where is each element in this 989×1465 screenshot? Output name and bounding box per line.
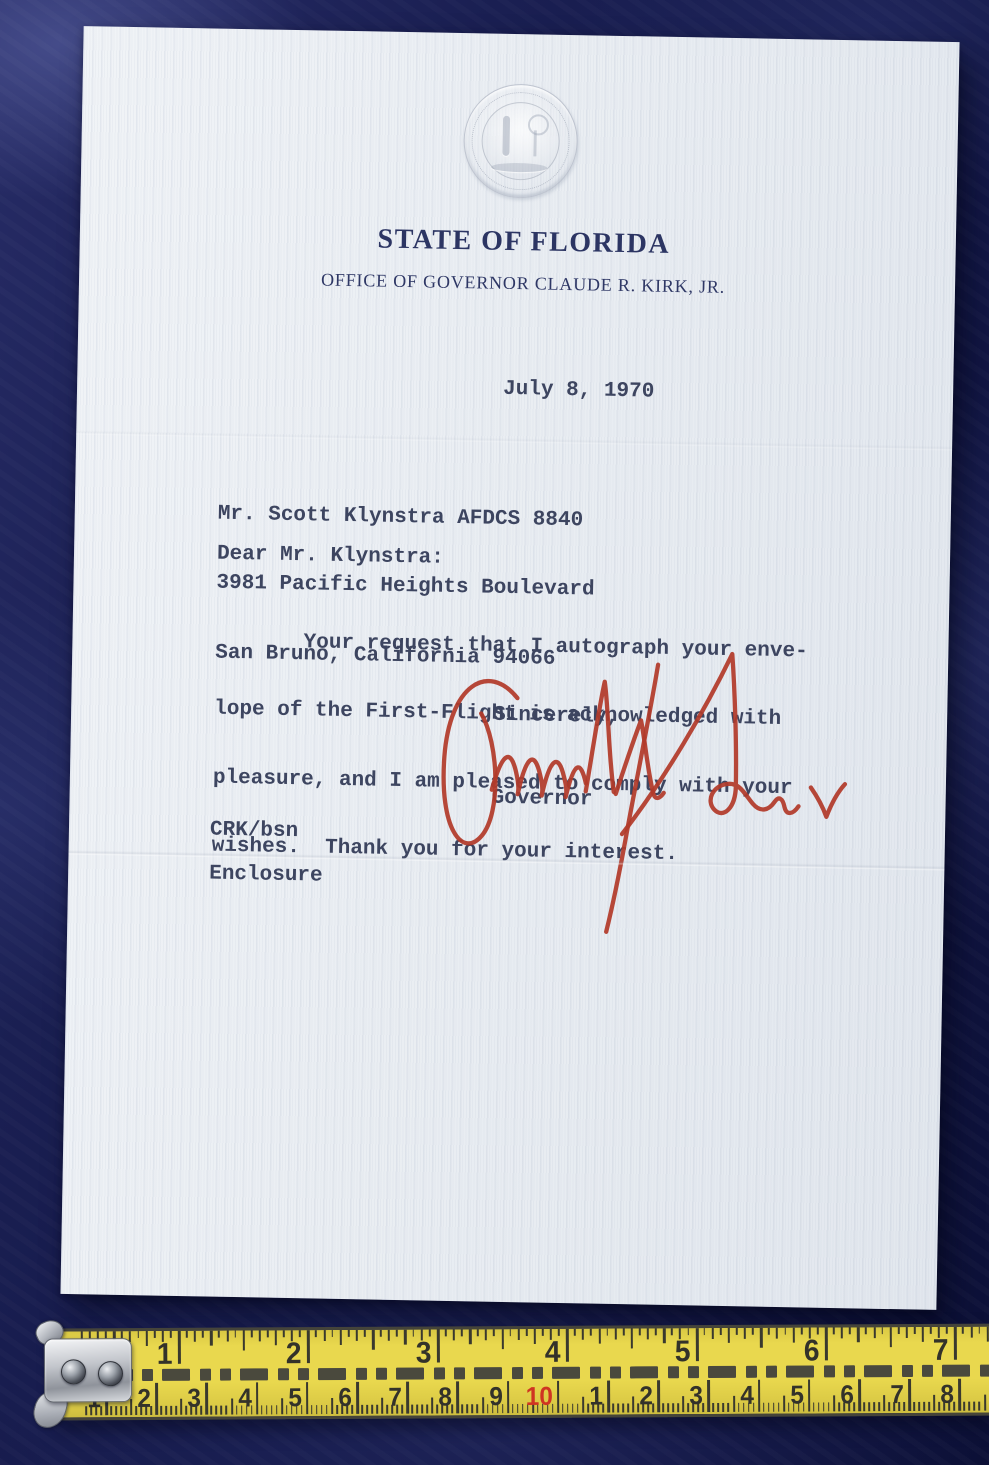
separator-dash (474, 1367, 502, 1379)
inch-tick (695, 1328, 698, 1361)
inch-tick (946, 1327, 948, 1334)
letterhead-title: STATE OF FLORIDA (80, 218, 956, 266)
inch-label: 6 (776, 1334, 819, 1368)
inch-tick (437, 1329, 440, 1362)
separator-dash (552, 1367, 580, 1379)
letterhead-subtitle: OFFICE OF GOVERNOR CLAUDE R. KIRK, JR. (79, 265, 955, 302)
inch-tick (752, 1328, 754, 1335)
recipient-line: Mr. Scott Klynstra AFDCS 8840 (218, 503, 596, 533)
cm-label: 2 (615, 1380, 653, 1411)
cm-label: 3 (666, 1380, 704, 1411)
cm-tick (562, 1404, 564, 1413)
cm-tick (969, 1402, 971, 1411)
separator-dash (844, 1365, 855, 1377)
cm-label: 3 (164, 1383, 202, 1414)
separator-dash (376, 1368, 387, 1380)
inch-tick (736, 1328, 738, 1335)
separator-dash (454, 1367, 465, 1379)
separator-dash (278, 1368, 289, 1380)
inch-tick (396, 1330, 398, 1337)
inch-tick (445, 1329, 447, 1336)
inch-tick (817, 1327, 819, 1334)
inch-tick (340, 1330, 342, 1345)
inch-tick (170, 1331, 172, 1338)
inch-tick (930, 1327, 932, 1334)
photo-scene: STATE OF FLORIDA OFFICE OF GOVERNOR CLAU… (0, 0, 989, 1465)
inch-tick (461, 1329, 463, 1336)
inch-tick (364, 1330, 366, 1337)
inch-label: 4 (517, 1336, 560, 1370)
separator-dash (786, 1365, 814, 1377)
cm-tick (456, 1381, 459, 1413)
inch-tick (234, 1331, 236, 1338)
cm-label: 10 (515, 1381, 553, 1412)
cm-label: 5 (264, 1382, 302, 1413)
separator-dash (200, 1369, 211, 1381)
cm-tick (261, 1405, 263, 1414)
separator-dash (220, 1369, 231, 1381)
inch-tick (598, 1329, 600, 1344)
embossed-state-seal-icon (463, 83, 579, 199)
cm-tick (662, 1403, 664, 1412)
inch-tick (768, 1328, 770, 1335)
inch-tick (606, 1329, 608, 1336)
inch-tick (267, 1330, 269, 1337)
cm-label: 6 (314, 1382, 352, 1413)
inch-tick (186, 1331, 188, 1338)
inch-tick (469, 1329, 471, 1344)
cm-tick (974, 1402, 976, 1411)
cm-tick (356, 1382, 359, 1414)
inch-label: 3 (388, 1336, 431, 1370)
inch-tick (833, 1327, 835, 1334)
cm-label: 8 (415, 1381, 453, 1412)
inch-tick (477, 1329, 479, 1336)
separator-dash (902, 1365, 913, 1377)
separator-dash (610, 1366, 621, 1378)
inch-tick (526, 1329, 528, 1336)
inch-tick (898, 1327, 900, 1334)
cm-tick (813, 1402, 815, 1411)
cm-tick (863, 1402, 865, 1411)
inch-tick (348, 1330, 350, 1337)
inch-tick (784, 1328, 786, 1335)
inch-tick (728, 1328, 730, 1343)
hook-rivet (61, 1359, 86, 1384)
inch-tick (841, 1327, 843, 1338)
tape-measure: 12345671234567891012345678 (58, 1324, 989, 1421)
inch-tick (849, 1327, 851, 1334)
inch-tick (566, 1329, 569, 1362)
cm-tick (908, 1379, 911, 1411)
separator-dash (668, 1366, 679, 1378)
signature-stroke (586, 681, 616, 791)
separator-dash (434, 1367, 445, 1379)
inch-tick (703, 1328, 705, 1335)
cm-tick (958, 1379, 961, 1411)
inch-tick (210, 1331, 212, 1346)
inch-tick (962, 1327, 964, 1334)
cm-tick (256, 1382, 259, 1414)
cm-label: 9 (465, 1381, 503, 1412)
date-line: July 8, 1970 (503, 378, 655, 404)
inch-tick (283, 1330, 285, 1337)
cm-tick (657, 1380, 660, 1412)
cm-tick (211, 1406, 213, 1415)
inch-tick (623, 1328, 625, 1335)
inch-tick (315, 1330, 317, 1337)
inch-tick (485, 1329, 487, 1340)
cm-label: 7 (364, 1382, 402, 1413)
inch-tick (590, 1329, 592, 1336)
inch-tick (251, 1330, 253, 1337)
inch-tick (873, 1327, 875, 1338)
inch-tick (323, 1330, 325, 1341)
cm-label: 7 (866, 1379, 904, 1410)
cm-tick (361, 1405, 363, 1414)
inch-tick (631, 1328, 634, 1348)
tape-hook (38, 1328, 159, 1429)
inch-label: 7 (906, 1334, 949, 1368)
cm-label: 8 (917, 1379, 955, 1410)
hook-rivet (98, 1361, 123, 1386)
cm-tick (306, 1382, 309, 1414)
cm-tick (707, 1380, 710, 1412)
cm-tick (713, 1403, 715, 1412)
inch-tick (178, 1331, 181, 1364)
inch-tick (542, 1329, 544, 1336)
separator-dash (630, 1366, 658, 1378)
cm-tick (507, 1381, 510, 1413)
cm-tick (411, 1405, 413, 1414)
cm-tick (858, 1379, 861, 1411)
inch-label: 2 (259, 1337, 302, 1371)
inch-tick (744, 1328, 746, 1339)
inch-label: 5 (647, 1335, 690, 1369)
separator-dash (942, 1365, 970, 1377)
cm-label: 4 (716, 1380, 754, 1411)
cm-tick (462, 1404, 464, 1413)
fold-crease (76, 430, 952, 451)
cm-tick (607, 1381, 610, 1413)
inch-tick (372, 1330, 375, 1350)
inch-tick (914, 1327, 916, 1334)
salutation: Dear Mr. Klynstra: (217, 543, 444, 570)
inch-tick (509, 1329, 511, 1336)
separator-dash (590, 1367, 601, 1379)
inch-tick (614, 1329, 616, 1340)
cm-tick (808, 1380, 811, 1412)
cm-label: 4 (214, 1382, 252, 1413)
cm-tick (758, 1380, 761, 1412)
separator-dash (688, 1366, 699, 1378)
inch-tick (865, 1327, 867, 1334)
separator-dash (980, 1365, 989, 1377)
inch-tick (978, 1327, 980, 1334)
separator-dash (356, 1368, 367, 1380)
seal-sun-shape (527, 114, 548, 135)
cm-tick (311, 1405, 313, 1414)
inch-tick (202, 1331, 204, 1338)
inch-tick (712, 1328, 714, 1339)
inch-tick (380, 1330, 382, 1337)
cm-tick (612, 1404, 614, 1413)
cm-label: 6 (816, 1379, 854, 1410)
reference-initials: CRK/bsn (210, 819, 299, 844)
inch-tick (801, 1328, 803, 1335)
cm-tick (406, 1382, 409, 1414)
inch-tick (881, 1327, 883, 1334)
separator-dash (162, 1369, 190, 1381)
separator-dash (396, 1368, 424, 1380)
inch-tick (299, 1330, 301, 1337)
inch-tick (954, 1327, 957, 1360)
inch-tick (307, 1330, 310, 1363)
inch-tick (760, 1328, 763, 1348)
inch-tick (720, 1328, 722, 1335)
separator-dash (240, 1368, 268, 1380)
inch-tick (970, 1327, 972, 1338)
seal-figure-shape (502, 116, 510, 156)
signature-red-ink (425, 619, 851, 967)
separator-dash (318, 1368, 346, 1380)
enclosure-note: Enclosure (209, 863, 323, 888)
separator-dash (922, 1365, 933, 1377)
inch-tick (687, 1328, 689, 1335)
inch-tick (558, 1329, 560, 1336)
cm-tick (964, 1402, 966, 1411)
inch-tick (825, 1327, 828, 1360)
tape-face: 12345671234567891012345678 (58, 1324, 989, 1421)
inch-tick (889, 1327, 892, 1347)
separator-dash (708, 1366, 736, 1378)
inch-tick (412, 1330, 414, 1337)
separator-dash (824, 1365, 835, 1377)
inch-tick (857, 1327, 859, 1342)
cm-tick (979, 1402, 981, 1411)
seal-mast-shape (534, 130, 537, 156)
signature-stroke (442, 680, 517, 844)
separator-dash (746, 1366, 757, 1378)
cm-tick (205, 1383, 208, 1415)
separator-dash (298, 1368, 309, 1380)
inch-tick (194, 1331, 196, 1342)
inch-tick (331, 1330, 333, 1337)
separator-dash (532, 1367, 543, 1379)
signature-stroke (622, 652, 801, 837)
signature-stroke (492, 757, 587, 798)
cm-tick (763, 1403, 765, 1412)
inch-tick (218, 1331, 220, 1338)
cm-label: 5 (766, 1380, 804, 1411)
separator-dash (864, 1365, 892, 1377)
inch-tick (655, 1328, 657, 1335)
letter-paper: STATE OF FLORIDA OFFICE OF GOVERNOR CLAU… (60, 26, 959, 1310)
inch-tick (453, 1329, 455, 1340)
inch-tick (671, 1328, 673, 1335)
inch-tick (242, 1330, 245, 1350)
inch-tick (501, 1329, 504, 1349)
cm-tick (913, 1402, 915, 1411)
cm-tick (984, 1395, 986, 1411)
inch-tick (582, 1329, 584, 1340)
cm-label: 1 (565, 1381, 603, 1412)
inch-tick (356, 1330, 358, 1341)
cm-tick (557, 1381, 560, 1413)
signature-stroke (810, 784, 845, 818)
inch-tick (574, 1329, 576, 1336)
cm-tick (160, 1406, 162, 1415)
separator-dash (512, 1367, 523, 1379)
inch-tick (639, 1328, 641, 1335)
cm-tick (512, 1404, 514, 1413)
inch-tick (493, 1329, 495, 1336)
inch-tick (428, 1329, 430, 1336)
inch-tick (226, 1331, 228, 1342)
separator-dash (766, 1366, 777, 1378)
